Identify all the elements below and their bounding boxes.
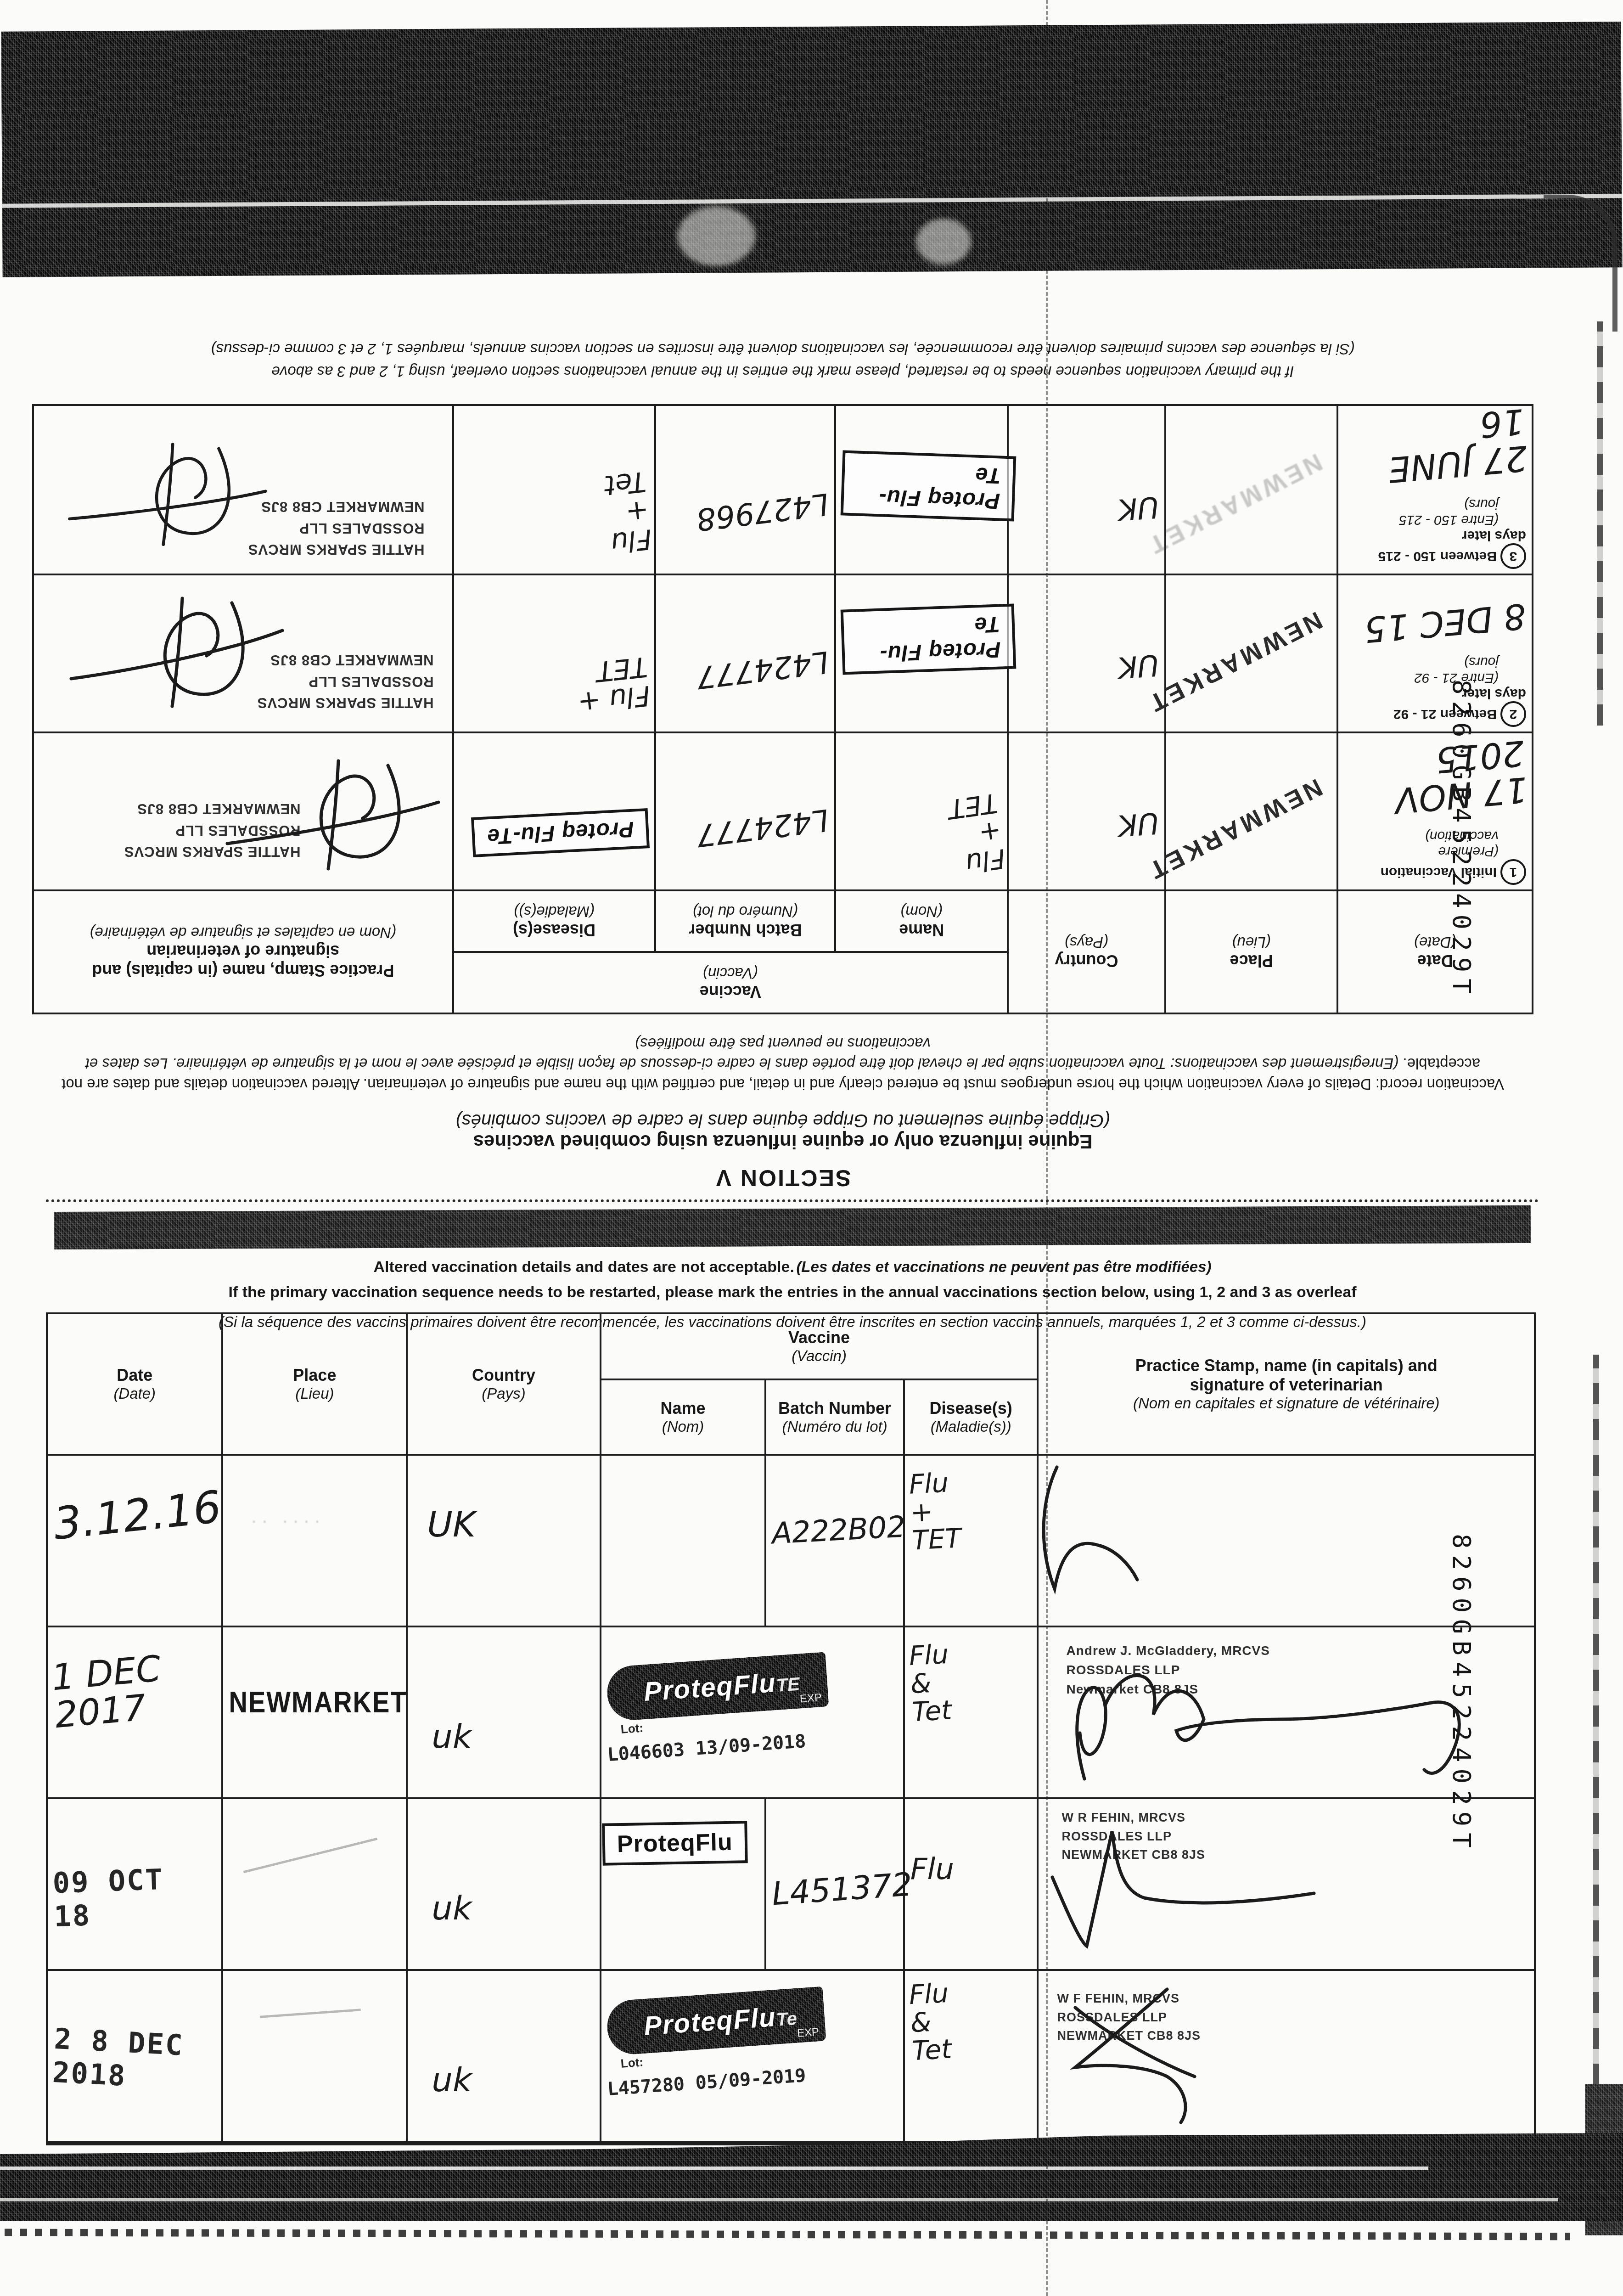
place-stamp: NEWMARKET [1142, 773, 1327, 886]
book-spine-edge [1597, 321, 1603, 726]
col-header-vaccine-name: Name(Nom) [835, 890, 1008, 952]
sticker-lot-number: L457280 05/09-2019 [607, 2059, 898, 2100]
cell-disease: Proteq Flu-Te [453, 732, 656, 890]
cell-vaccine-name-batch: ProteqFluTe Lot: EXP L457280 05/09-2019 [601, 1970, 904, 2143]
col-header-vaccine-name: Name(Nom) [601, 1379, 766, 1455]
cell-disease: Flu [904, 1798, 1038, 1970]
col-header-vaccine: Vaccine(Vaccin) [453, 952, 1008, 1013]
cell-place: NEWMARKET [1165, 574, 1338, 732]
book-spine-edge [1593, 1355, 1599, 2085]
handwritten-date: 8 DEC 15 [1343, 597, 1528, 650]
cell-practice-stamp: HATTIE SPARKS MRCVSROSSDALES LLPNEWMARKE… [33, 574, 453, 732]
facing-page-upside-down: SECTION V Equine influenza only or equin… [32, 294, 1533, 1194]
practice-stamp-text: W F FEHIN, MRCVSROSSDALES LLPNEWMARKET C… [1057, 1989, 1201, 2045]
vaccine-ink-stamp: Proteq Flu-Te [841, 604, 1016, 675]
cell-date: 3.12.16 [47, 1455, 222, 1626]
cell-disease: Flu + Tet [453, 405, 656, 574]
cell-disease: Flu + TET [904, 1455, 1038, 1626]
handwritten-batch: L451372 [771, 1868, 914, 1911]
vet-signature [1029, 1460, 1149, 1598]
col-header-vaccine: Vaccine(Vaccin) [601, 1313, 1038, 1379]
sticker-brand: ProteqFlu [643, 2002, 777, 2041]
handwritten-vaccine-name: Flu + TET [946, 789, 1007, 879]
primary-vaccination-row-3: 3Between 150 - 215 days later(Entre 150 … [33, 405, 1533, 574]
handwritten-batch: L424777 [695, 804, 830, 852]
cell-batch: L424777 [655, 574, 835, 732]
cell-date: 2 8 DEC 2018 [47, 1970, 222, 2143]
record-note-fr: (Enregistrement des vaccinations: Toute … [85, 1035, 1398, 1073]
row-number-badge: 1 [1500, 859, 1526, 885]
cell-date: 1 DEC 2017 [47, 1626, 222, 1798]
vet-signature [67, 589, 287, 718]
practice-stamp-text: HATTIE SPARKS MRCVSROSSDALES LLPNEWMARKE… [257, 649, 434, 714]
scanner-noise-band-top [1, 22, 1622, 277]
cell-batch: A222B02 [765, 1455, 904, 1626]
primary-vaccination-table: Date(Date) Place(Lieu) Country(Pays) Vac… [32, 404, 1533, 1014]
scanned-passport-page: 8260GB45224029T 8260GB45224029T SECTION … [0, 0, 1623, 2296]
restart-note: If the primary vaccination sequence need… [32, 338, 1533, 383]
cell-practice-stamp [1038, 1455, 1535, 1626]
scan-ghost-blob [677, 206, 756, 266]
cell-place [222, 1798, 407, 1970]
cell-country: uk [407, 1798, 600, 1970]
cell-vaccine-name: Proteq Flu-Te [835, 574, 1008, 732]
illegible-place-mark: ·· ···· [251, 1511, 325, 1531]
col-header-date: Date(Date) [1337, 890, 1533, 1013]
scanner-speckle-line [5, 2229, 1570, 2240]
book-corner-curve [1544, 195, 1617, 332]
handwritten-disease: Flu + TET [908, 1468, 962, 1554]
handwritten-date: 27 JUNE 16 [1341, 403, 1529, 492]
cell-vaccine-name-batch: ProteqFluTE Lot: EXP L046603 13/09-2018 [601, 1626, 904, 1798]
cell-place: NEWMARKET [1165, 405, 1338, 574]
date-stamp: 2 8 DEC 2018 [51, 2022, 218, 2097]
cell-place [222, 1970, 407, 2143]
col-header-batch: Batch Number(Numéro du lot) [765, 1379, 904, 1455]
sticker-lot-label: Lot: [620, 2055, 644, 2071]
vet-signature [57, 436, 278, 555]
place-stamp: NEWMARKET [1142, 606, 1327, 719]
annual-vaccination-row-1: 3.12.16 ·· ···· UK A222B02 Flu + TET [47, 1455, 1535, 1626]
scan-white-streak [0, 2198, 1558, 2201]
handwritten-batch: L424777 [695, 646, 830, 694]
place-stamp-faint: NEWMARKET [1142, 448, 1327, 561]
page-title-fr: (Grippe équine seulement ou Grippe équin… [32, 1110, 1533, 1131]
practice-stamp-text: Andrew J. McGladdery, MRCVSROSSDALES LLP… [1066, 1641, 1269, 1699]
vaccine-sticker: ProteqFluTe Lot: EXP [605, 1986, 826, 2056]
handwritten-country: UK [1117, 649, 1160, 682]
scanner-noise-band-bottom [0, 2133, 1623, 2221]
handwritten-country: UK [1117, 491, 1160, 524]
cell-country: uk [407, 1626, 600, 1798]
section-title: SECTION V [32, 1165, 1533, 1191]
restart-note-below: If the primary vaccination sequence need… [46, 1283, 1539, 1301]
date-stamp: 09 OCT 18 [52, 1861, 217, 1933]
vaccine-ink-stamp: Proteq Flu-Te [841, 450, 1016, 522]
upright-section-header: Altered vaccination details and dates ar… [46, 1199, 1539, 1331]
primary-vaccination-row-2: 2Between 21 - 92 days later(Entre 21 - 9… [33, 574, 1533, 732]
col-header-country: Country(Pays) [1008, 890, 1165, 1013]
annual-vaccination-row-4: 2 8 DEC 2018 uk ProteqFluTe Lot: EXP L45… [47, 1970, 1535, 2143]
row-number-badge: 2 [1500, 701, 1526, 727]
col-header-practice-stamp: Practice Stamp, name (in capitals) and s… [1038, 1313, 1535, 1455]
sticker-suffix: Te [775, 2009, 797, 2030]
practice-stamp-text: HATTIE SPARKS MRCVSROSSDALES LLPNEWMARKE… [124, 798, 301, 862]
cell-country: UK [1008, 732, 1165, 890]
cell-practice-stamp: W R FEHIN, MRCVSROSSDALES LLPNEWMARKET C… [1038, 1798, 1535, 1970]
redacted-section-heading [54, 1205, 1531, 1249]
practice-stamp-text: HATTIE SPARKS MRCVSROSSDALES LLPNEWMARKE… [248, 496, 425, 560]
place-stamp: NEWMARKET [229, 1685, 407, 1719]
illegible-place-mark [243, 1838, 377, 1873]
sticker-lot-label: Lot: [620, 1721, 644, 1736]
sticker-exp-label: EXP [799, 1691, 822, 1705]
sticker-lot-number: L046603 13/09-2018 [607, 1724, 898, 1766]
sticker-exp-label: EXP [797, 2026, 820, 2040]
cell-place: ·· ···· [222, 1455, 407, 1626]
col-header-date: Date(Date) [47, 1313, 222, 1455]
cell-vaccine-name: Proteq Flu-Te [835, 405, 1008, 574]
row-number-badge: 3 [1500, 543, 1526, 569]
cell-disease: Flu & Tet [904, 1970, 1038, 2143]
annual-vaccination-table: Date(Date) Place(Lieu) Country(Pays) Vac… [46, 1312, 1536, 2145]
cell-practice-stamp: Andrew J. McGladdery, MRCVSROSSDALES LLP… [1038, 1626, 1535, 1798]
cell-practice-stamp: W F FEHIN, MRCVSROSSDALES LLPNEWMARKET C… [1038, 1970, 1535, 2143]
vaccination-record-note: Vaccination record: Details of every vac… [51, 1033, 1515, 1094]
cell-place: NEWMARKET [1165, 732, 1338, 890]
scan-white-streak [2, 194, 1622, 208]
col-header-practice-stamp: Practice Stamp, name (in capitals) and s… [33, 890, 453, 1013]
cell-country: UK [407, 1455, 600, 1626]
handwritten-disease: Flu + Tet [603, 467, 653, 557]
primary-vaccination-row-1: 1Initial Vaccination(Première vaccinatio… [33, 732, 1533, 890]
scan-ghost-blob [916, 219, 972, 265]
vaccine-ink-stamp: Proteq Flu-Te [472, 808, 650, 857]
cell-disease: Flu + TET [453, 574, 656, 732]
cell-place: NEWMARKET [222, 1626, 407, 1798]
handwritten-disease: Flu & Tet [908, 1640, 952, 1726]
practice-stamp-text: W R FEHIN, MRCVSROSSDALES LLPNEWMARKET C… [1061, 1808, 1205, 1864]
cell-vaccine-name: ProteqFlu [601, 1798, 766, 1970]
handwritten-batch: L427968 [695, 488, 830, 536]
annual-vaccination-table-wrap: Date(Date) Place(Lieu) Country(Pays) Vac… [46, 1312, 1536, 2145]
handwritten-country: uk [432, 1719, 472, 1754]
restart-note-fr: (Si la séquence des vaccins primaires do… [211, 341, 1355, 358]
handwritten-country: UK [427, 1506, 475, 1543]
illegible-place-mark [260, 2009, 361, 2018]
handwritten-date: 3.12.16 [51, 1484, 224, 1548]
sticker-suffix: TE [775, 1674, 800, 1695]
col-header-place: Place(Lieu) [222, 1313, 407, 1455]
cell-date: 1Initial Vaccination(Première vaccinatio… [1337, 732, 1533, 890]
handwritten-disease: Flu + TET [573, 652, 652, 717]
vaccine-ink-stamp: ProteqFlu [602, 1821, 747, 1865]
cell-country: UK [1008, 574, 1165, 732]
cell-disease: Flu & Tet [904, 1626, 1038, 1798]
col-header-disease: Disease(s)(Maladie(s)) [904, 1379, 1038, 1455]
sticker-brand: ProteqFlu [643, 1668, 777, 1707]
cell-practice-stamp: HATTIE SPARKS MRCVSROSSDALES LLPNEWMARKE… [33, 732, 453, 890]
handwritten-country: uk [432, 1891, 472, 1926]
cell-country: uk [407, 1970, 600, 2143]
handwritten-disease: Flu [910, 1854, 954, 1885]
col-header-place: Place(Lieu) [1165, 890, 1338, 1013]
scan-white-streak [0, 2167, 1428, 2170]
col-header-disease: Disease(s)(Maladie(s)) [453, 890, 656, 952]
cell-date: 2Between 21 - 92 days later(Entre 21 - 9… [1337, 574, 1533, 732]
altered-note: Altered vaccination details and dates ar… [46, 1258, 1539, 1276]
handwritten-batch: A222B02 [771, 1512, 906, 1549]
handwritten-disease: Flu & Tet [908, 1979, 952, 2065]
cell-batch: L427968 [655, 405, 835, 574]
cell-batch: L451372 [765, 1798, 904, 1970]
cell-batch: L424777 [655, 732, 835, 890]
handwritten-country: UK [1117, 807, 1160, 840]
cell-vaccine-name: Flu + TET [835, 732, 1008, 890]
cell-practice-stamp: HATTIE SPARKS MRCVSROSSDALES LLPNEWMARKE… [33, 405, 453, 574]
col-header-country: Country(Pays) [407, 1313, 600, 1455]
cell-date: 3Between 150 - 215 days later(Entre 150 … [1337, 405, 1533, 574]
handwritten-date: 1 DEC 2017 [50, 1650, 166, 1735]
cell-date: 09 OCT 18 [47, 1798, 222, 1970]
cell-vaccine-name [601, 1455, 766, 1626]
page-title-en: Equine influenza only or equine influenz… [32, 1131, 1533, 1153]
annual-vaccination-row-2: 1 DEC 2017 NEWMARKET uk ProteqFluTE Lot:… [47, 1626, 1535, 1798]
restart-note-en: If the primary vaccination sequence need… [272, 363, 1294, 380]
handwritten-date: 17 NOV 2015 [1341, 735, 1529, 824]
cell-country: UK [1008, 405, 1165, 574]
col-header-batch: Batch Number(Numéro du lot) [655, 890, 835, 952]
annual-vaccination-row-3: 09 OCT 18 uk ProteqFlu L451372 Flu W R F… [47, 1798, 1535, 1970]
vaccine-sticker: ProteqFluTE Lot: EXP [605, 1652, 829, 1722]
handwritten-country: uk [432, 2063, 472, 2098]
